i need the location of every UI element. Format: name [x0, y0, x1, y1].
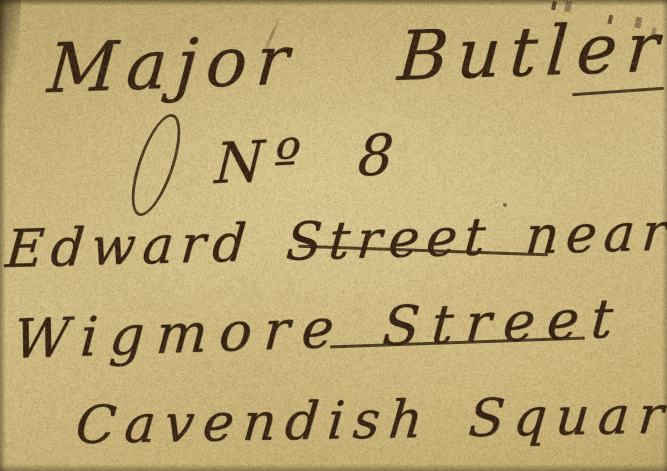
address-line-district: Cavendish Square — [73, 385, 667, 456]
address-line-cross-street: Wigmore Street — [12, 287, 627, 372]
address-line-house-number: Nº 8 — [213, 122, 405, 197]
address-line-street: Edward Street near — [4, 202, 667, 280]
corner-stain — [0, 0, 22, 131]
pen-descender-loop — [122, 111, 191, 219]
handwritten-note: Major Butler Nº 8 Edward Street near Wig… — [0, 0, 667, 471]
ink-specks — [551, 1, 557, 11]
